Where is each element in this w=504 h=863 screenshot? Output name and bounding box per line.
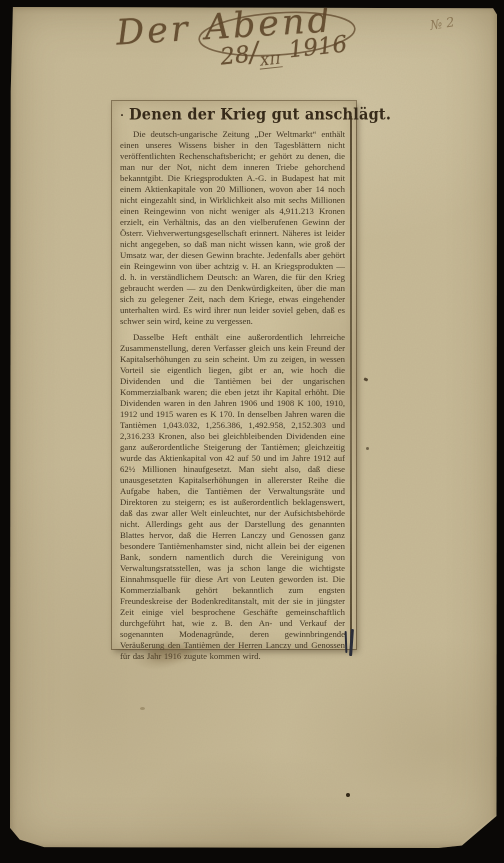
scanned-page: Der Abend 28/XII 1916 № 2 · Denen der Kr… (0, 0, 504, 863)
handwritten-date-month: XII (259, 52, 283, 69)
clipping-paragraph-2: Dasselbe Heft enthält eine außerordentli… (120, 332, 345, 662)
handwritten-date-day: 28 (219, 42, 251, 71)
ink-mark (344, 631, 347, 653)
clipping-headline-row: · Denen der Krieg gut anschlägt. (120, 106, 345, 123)
handwritten-date-separator: / (248, 37, 260, 69)
ink-mark (349, 629, 353, 656)
page-number-mark: № 2 (429, 15, 456, 34)
clipping-paragraph-1: Die deutsch-ungarische Zeitung „Der Welt… (120, 129, 345, 327)
ink-speck (366, 447, 369, 450)
ink-speck (140, 707, 145, 710)
newspaper-clipping: · Denen der Krieg gut anschlägt. Die deu… (112, 101, 356, 649)
folded-corner (455, 814, 497, 848)
headline-lead-dot: · (120, 108, 124, 123)
paper-stain (148, 645, 192, 661)
column-rule (350, 116, 352, 644)
ink-speck (364, 377, 369, 381)
ink-speck (346, 793, 350, 797)
handwritten-date-year: 1916 (287, 31, 348, 63)
album-sheet: Der Abend 28/XII 1916 № 2 · Denen der Kr… (10, 7, 497, 848)
